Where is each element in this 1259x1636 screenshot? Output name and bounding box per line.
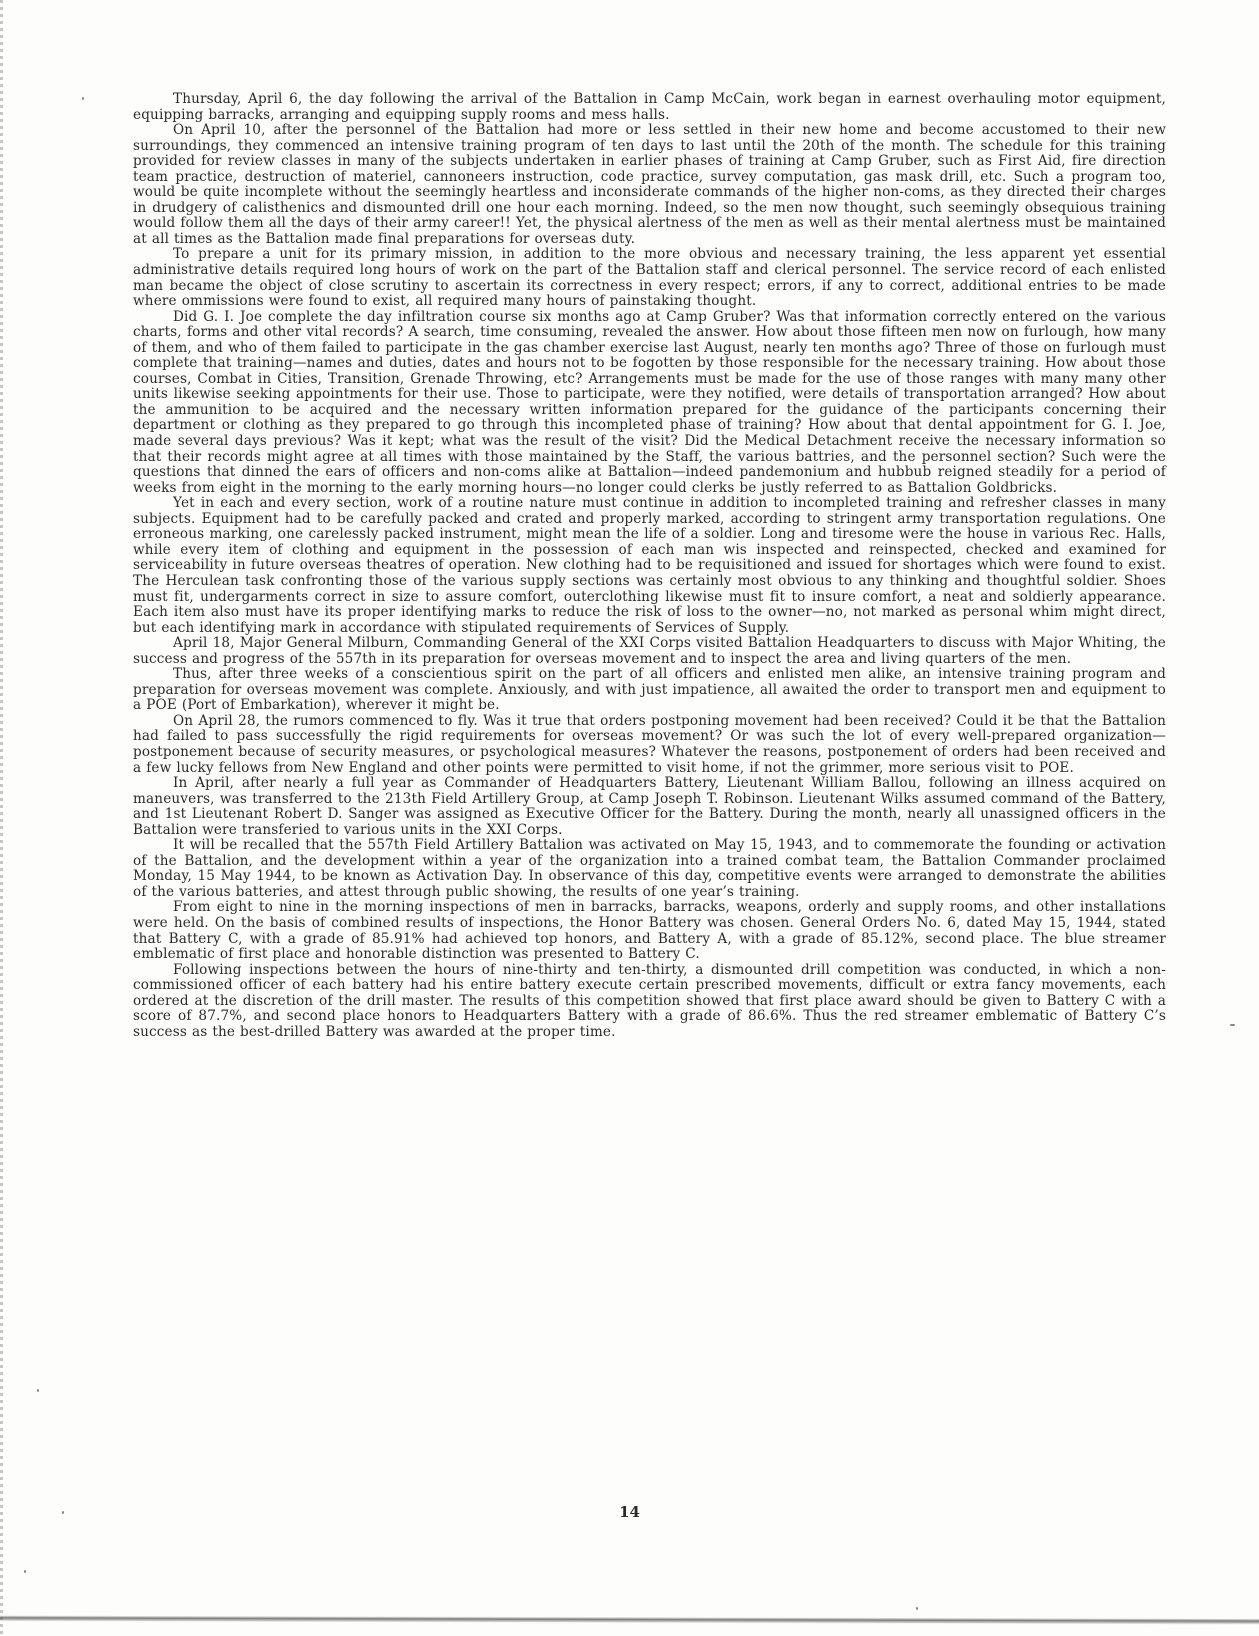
paragraph: Thus, after three weeks of a conscientio… (133, 667, 1166, 714)
paragraph: In April, after nearly a full year as Co… (133, 776, 1166, 838)
scan-bottom-edge (0, 1615, 1259, 1624)
scan-speck (1230, 1024, 1235, 1026)
scan-speck (82, 97, 84, 100)
paragraph: Following inspections between the hours … (133, 963, 1166, 1041)
document-page: Thursday, April 6, the day following the… (133, 92, 1166, 1040)
scan-speck (916, 1607, 918, 1610)
page-number: 14 (0, 1503, 1259, 1521)
scan-speck (62, 1511, 64, 1514)
paragraph: On April 10, after the personnel of the … (133, 123, 1166, 247)
paragraph: From eight to nine in the morning inspec… (133, 900, 1166, 962)
paragraph: To prepare a unit for its primary missio… (133, 247, 1166, 309)
scan-left-edge (0, 0, 3, 1636)
scan-speck (24, 1570, 26, 1573)
paragraph: April 18, Major General Milburn, Command… (133, 636, 1166, 667)
paragraph: It will be recalled that the 557th Field… (133, 838, 1166, 900)
paragraph: Thursday, April 6, the day following the… (133, 92, 1166, 123)
body-text: Thursday, April 6, the day following the… (133, 92, 1166, 1040)
paragraph: On April 28, the rumors commenced to fly… (133, 714, 1166, 776)
paragraph: Did G. I. Joe complete the day infiltrat… (133, 310, 1166, 497)
paragraph: Yet in each and every section, work of a… (133, 496, 1166, 636)
scan-speck (37, 1389, 39, 1392)
